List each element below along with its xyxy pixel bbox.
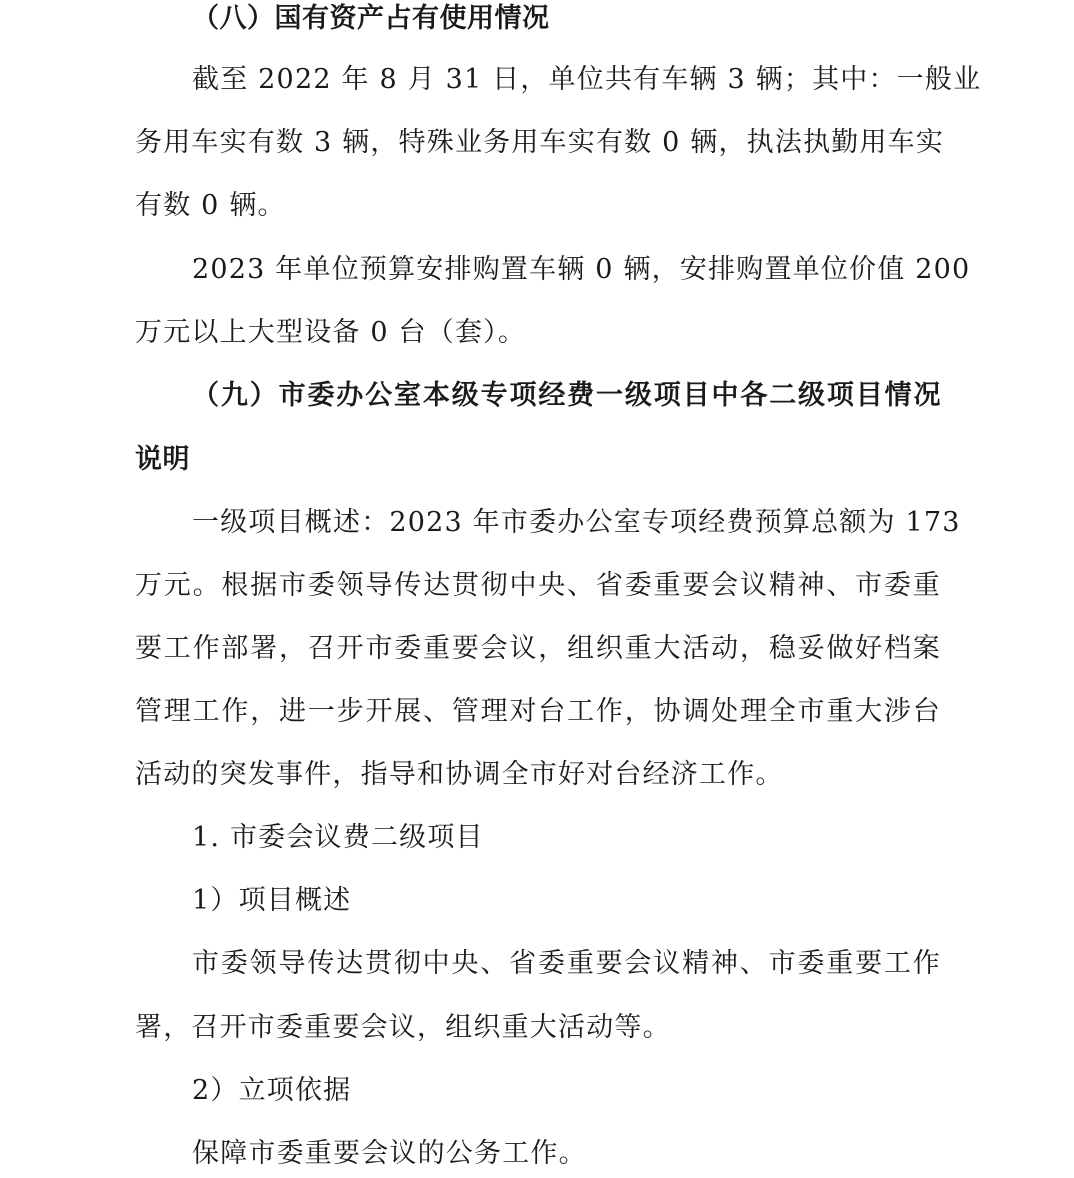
section-heading-9: （九）市委办公室本级专项经费一级项目中各二级项目情况 bbox=[192, 379, 941, 413]
paragraph-line: 署，召开市委重要会议，组织重大活动等。 bbox=[135, 1011, 671, 1045]
paragraph-line: 务用车实有数 3 辆，特殊业务用车实有数 0 辆，执法执勤用车实 bbox=[135, 126, 941, 160]
paragraph-line: 一级项目概述：2023 年市委办公室专项经费预算总额为 173 bbox=[192, 506, 941, 540]
paragraph-line: 管理工作，进一步开展、管理对台工作，协调处理全市重大涉台 bbox=[135, 695, 941, 729]
paragraph-line: 万元。根据市委领导传达贯彻中央、省委重要会议精神、市委重 bbox=[135, 569, 941, 603]
paragraph-line: 2023 年单位预算安排购置车辆 0 辆，安排购置单位价值 200 bbox=[192, 253, 941, 287]
subitem-part-label: 2）立项依据 bbox=[192, 1074, 351, 1108]
section-heading-8: （八）国有资产占有使用情况 bbox=[192, 2, 550, 36]
subitem-part-label: 1）项目概述 bbox=[192, 884, 351, 918]
section-heading-9-continued: 说明 bbox=[135, 443, 190, 477]
paragraph-line: 市委领导传达贯彻中央、省委重要会议精神、市委重要工作 bbox=[192, 947, 941, 981]
paragraph-line: 要工作部署，召开市委重要会议，组织重大活动，稳妥做好档案 bbox=[135, 632, 941, 666]
paragraph-line: 保障市委重要会议的公务工作。 bbox=[192, 1137, 587, 1171]
paragraph-line: 截至 2022 年 8 月 31 日，单位共有车辆 3 辆；其中：一般业 bbox=[192, 63, 941, 97]
paragraph-line: 万元以上大型设备 0 台（套）。 bbox=[135, 316, 526, 350]
paragraph-line: 活动的突发事件，指导和协调全市好对台经济工作。 bbox=[135, 758, 784, 792]
paragraph-line: 有数 0 辆。 bbox=[135, 189, 286, 223]
subitem-title: 1. 市委会议费二级项目 bbox=[192, 821, 484, 855]
